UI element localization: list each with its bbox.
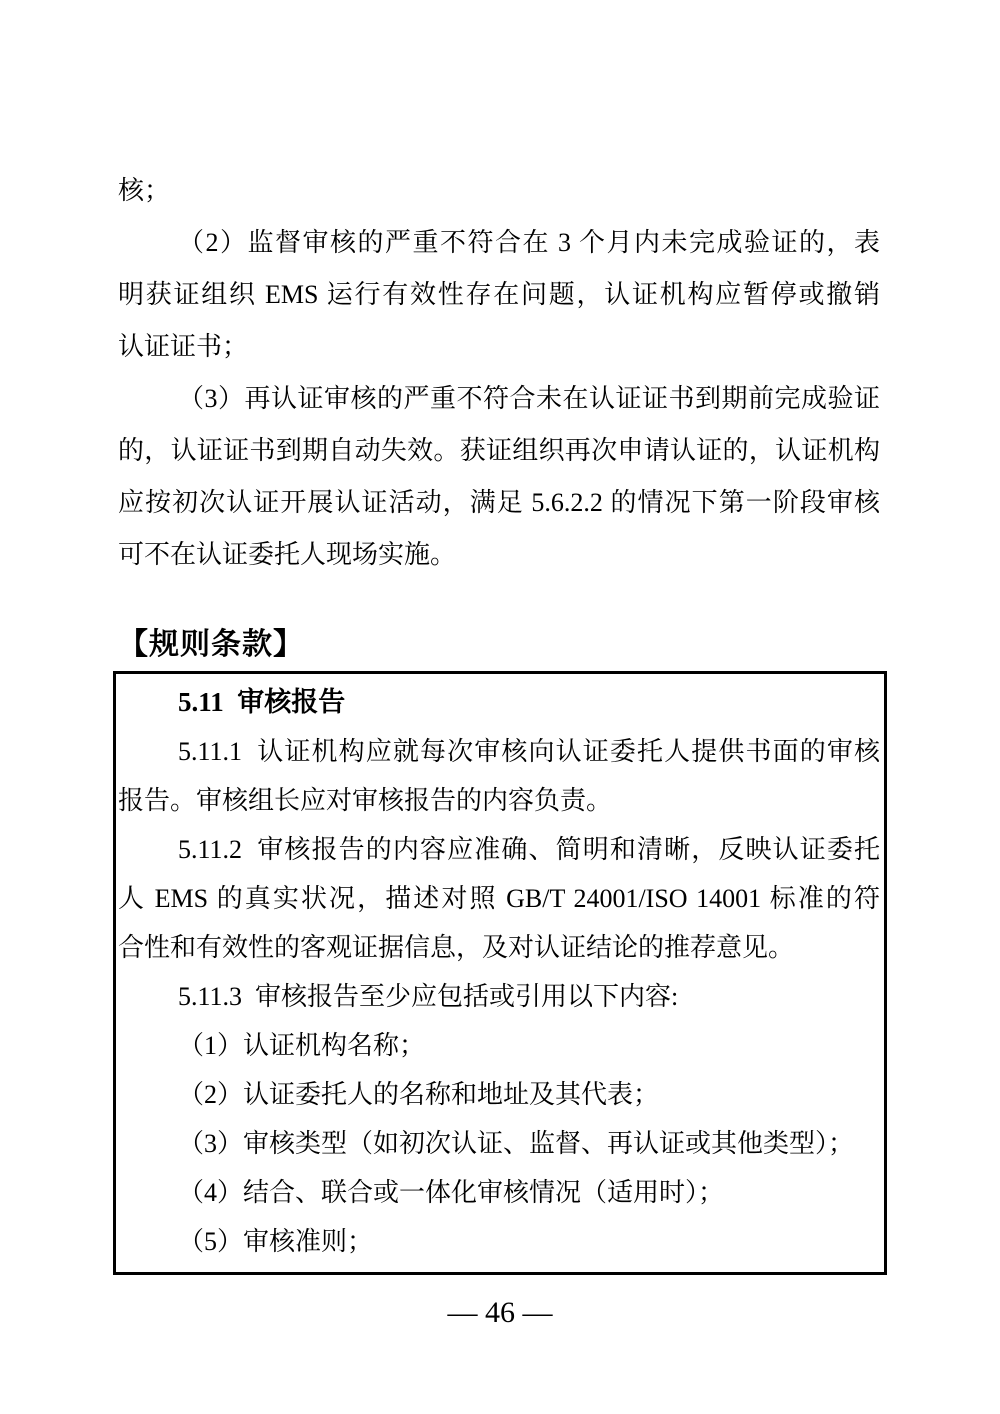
clause-line: 5.11.3 审核报告至少应包括或引用以下内容: <box>118 972 880 1021</box>
list-item: （4）结合、联合或一体化审核情况（适用时）； <box>118 1168 880 1217</box>
clause-line: 合性和有效性的客观证据信息，及对认证结论的推荐意见。 <box>118 923 880 972</box>
content-column: 核； （2）监督审核的严重不符合在 3 个月内未完成验证的，表 明获证组织 EM… <box>118 165 880 1275</box>
paragraph-line: 的，认证证书到期自动失效。获证组织再次申请认证的，认证机构 <box>118 425 880 477</box>
clause-list: （1）认证机构名称； （2）认证委托人的名称和地址及其代表； （3）审核类型（如… <box>118 1021 880 1266</box>
clause-line: 5.11.1 认证机构应就每次审核向认证委托人提供书面的审核 <box>118 727 880 776</box>
document-page: 核； （2）监督审核的严重不符合在 3 个月内未完成验证的，表 明获证组织 EM… <box>0 0 1000 1414</box>
list-item: （1）认证机构名称； <box>118 1021 880 1070</box>
list-item: （3）审核类型（如初次认证、监督、再认证或其他类型）； <box>118 1119 880 1168</box>
rules-box: 5.11 审核报告 5.11.1 认证机构应就每次审核向认证委托人提供书面的审核… <box>113 671 887 1275</box>
clause-line: 人 EMS 的真实状况，描述对照 GB/T 24001/ISO 14001 标准… <box>118 874 880 923</box>
paragraph-line: （2）监督审核的严重不符合在 3 个月内未完成验证的，表 <box>118 217 880 269</box>
body-paragraph: 核； <box>118 165 880 217</box>
body-paragraph: （2）监督审核的严重不符合在 3 个月内未完成验证的，表 明获证组织 EMS 运… <box>118 217 880 373</box>
clause-paragraph: 5.11.3 审核报告至少应包括或引用以下内容: <box>118 972 880 1021</box>
clause-line: 报告。审核组长应对审核报告的内容负责。 <box>118 776 880 825</box>
clause-paragraph: 5.11.1 认证机构应就每次审核向认证委托人提供书面的审核 报告。审核组长应对… <box>118 727 880 825</box>
paragraph-line: 应按初次认证开展认证活动，满足 5.6.2.2 的情况下第一阶段审核 <box>118 477 880 529</box>
clause-paragraph: 5.11.2 审核报告的内容应准确、简明和清晰，反映认证委托 人 EMS 的真实… <box>118 825 880 972</box>
paragraph-line: 认证证书； <box>118 321 880 373</box>
page-number: — 46 — <box>448 1296 553 1329</box>
page-footer: — 46 — <box>0 1295 1000 1331</box>
body-paragraph: （3）再认证审核的严重不符合未在认证证书到期前完成验证 的，认证证书到期自动失效… <box>118 373 880 581</box>
clause-line: 5.11.2 审核报告的内容应准确、简明和清晰，反映认证委托 <box>118 825 880 874</box>
paragraph-line: （3）再认证审核的严重不符合未在认证证书到期前完成验证 <box>118 373 880 425</box>
list-item: （2）认证委托人的名称和地址及其代表； <box>118 1070 880 1119</box>
paragraph-line: 核； <box>118 165 880 217</box>
paragraph-line: 可不在认证委托人现场实施。 <box>118 529 880 581</box>
rules-section-heading: 【规则条款】 <box>118 623 880 667</box>
list-item: （5）审核准则； <box>118 1217 880 1266</box>
paragraph-line: 明获证组织 EMS 运行有效性存在问题，认证机构应暂停或撤销 <box>118 269 880 321</box>
box-title: 5.11 审核报告 <box>118 678 880 727</box>
